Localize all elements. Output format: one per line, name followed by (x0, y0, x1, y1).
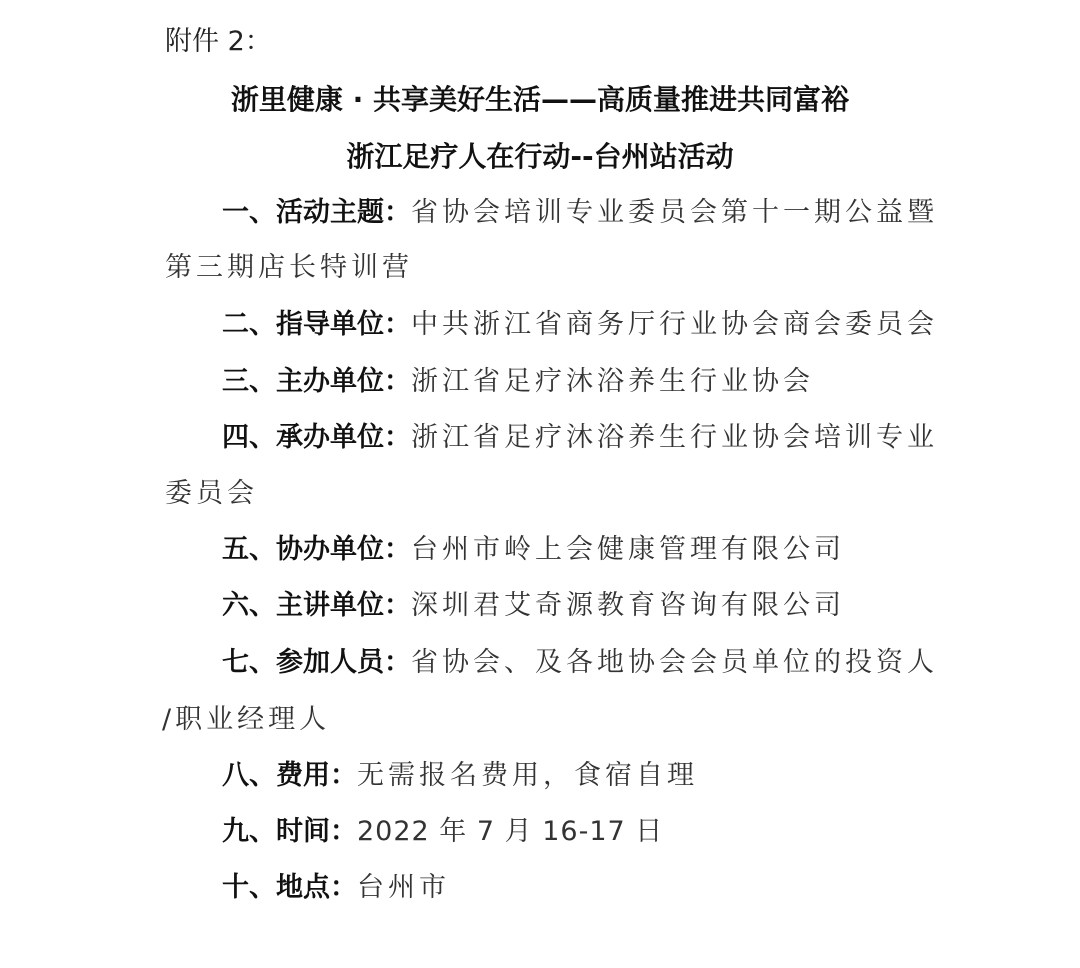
item-label: 一、活动主题： (222, 197, 411, 228)
item-label: 二、指导单位： (222, 309, 411, 340)
item-location: 十、地点：台州市 (222, 871, 450, 905)
item-theme: 一、活动主题：省协会培训专业委员会第十一期公益暨 (222, 196, 938, 230)
item-value: 2022 年 7 月 16-17 日 (357, 816, 663, 847)
item-label: 六、主讲单位： (222, 590, 411, 621)
item-organizer-unit: 四、承办单位：浙江省足疗沐浴养生行业协会培训专业 (222, 421, 938, 455)
item-organizer-continuation: 委员会 (165, 477, 258, 511)
item-lecturer-unit: 六、主讲单位：深圳君艾奇源教育咨询有限公司 (222, 589, 845, 623)
item-label: 七、参加人员： (222, 647, 411, 678)
title-line-2: 浙江足疗人在行动--台州站活动 (0, 140, 1080, 174)
attachment-label: 附件 2： (165, 25, 272, 59)
item-participants-continuation: /职业经理人 (162, 703, 330, 737)
item-value: 台州市岭上会健康管理有限公司 (411, 534, 845, 565)
item-guiding-unit: 二、指导单位：中共浙江省商务厅行业协会商会委员会 (222, 308, 938, 342)
item-value: 台州市 (357, 872, 450, 903)
item-value: 省协会、及各地协会会员单位的投资人 (411, 647, 938, 678)
item-fee: 八、费用：无需报名费用，食宿自理 (222, 759, 698, 793)
item-time: 九、时间：2022 年 7 月 16-17 日 (222, 815, 663, 849)
item-co-organizer: 五、协办单位：台州市岭上会健康管理有限公司 (222, 533, 845, 567)
item-label: 八、费用： (222, 760, 357, 791)
item-value: 浙江省足疗沐浴养生行业协会 (411, 366, 814, 397)
item-host-unit: 三、主办单位：浙江省足疗沐浴养生行业协会 (222, 365, 814, 399)
item-participants: 七、参加人员：省协会、及各地协会会员单位的投资人 (222, 646, 938, 680)
item-label: 十、地点： (222, 872, 357, 903)
item-label: 五、协办单位： (222, 534, 411, 565)
item-value: 深圳君艾奇源教育咨询有限公司 (411, 590, 845, 621)
item-value: 省协会培训专业委员会第十一期公益暨 (411, 197, 938, 228)
item-label: 三、主办单位： (222, 366, 411, 397)
title-line-1: 浙里健康 · 共享美好生活——高质量推进共同富裕 (0, 83, 1080, 117)
item-theme-continuation: 第三期店长特训营 (165, 251, 413, 285)
item-label: 四、承办单位： (222, 422, 411, 453)
item-value: 浙江省足疗沐浴养生行业协会培训专业 (411, 422, 938, 453)
item-label: 九、时间： (222, 816, 357, 847)
item-value: 无需报名费用，食宿自理 (357, 760, 698, 791)
item-value: 中共浙江省商务厅行业协会商会委员会 (411, 309, 938, 340)
